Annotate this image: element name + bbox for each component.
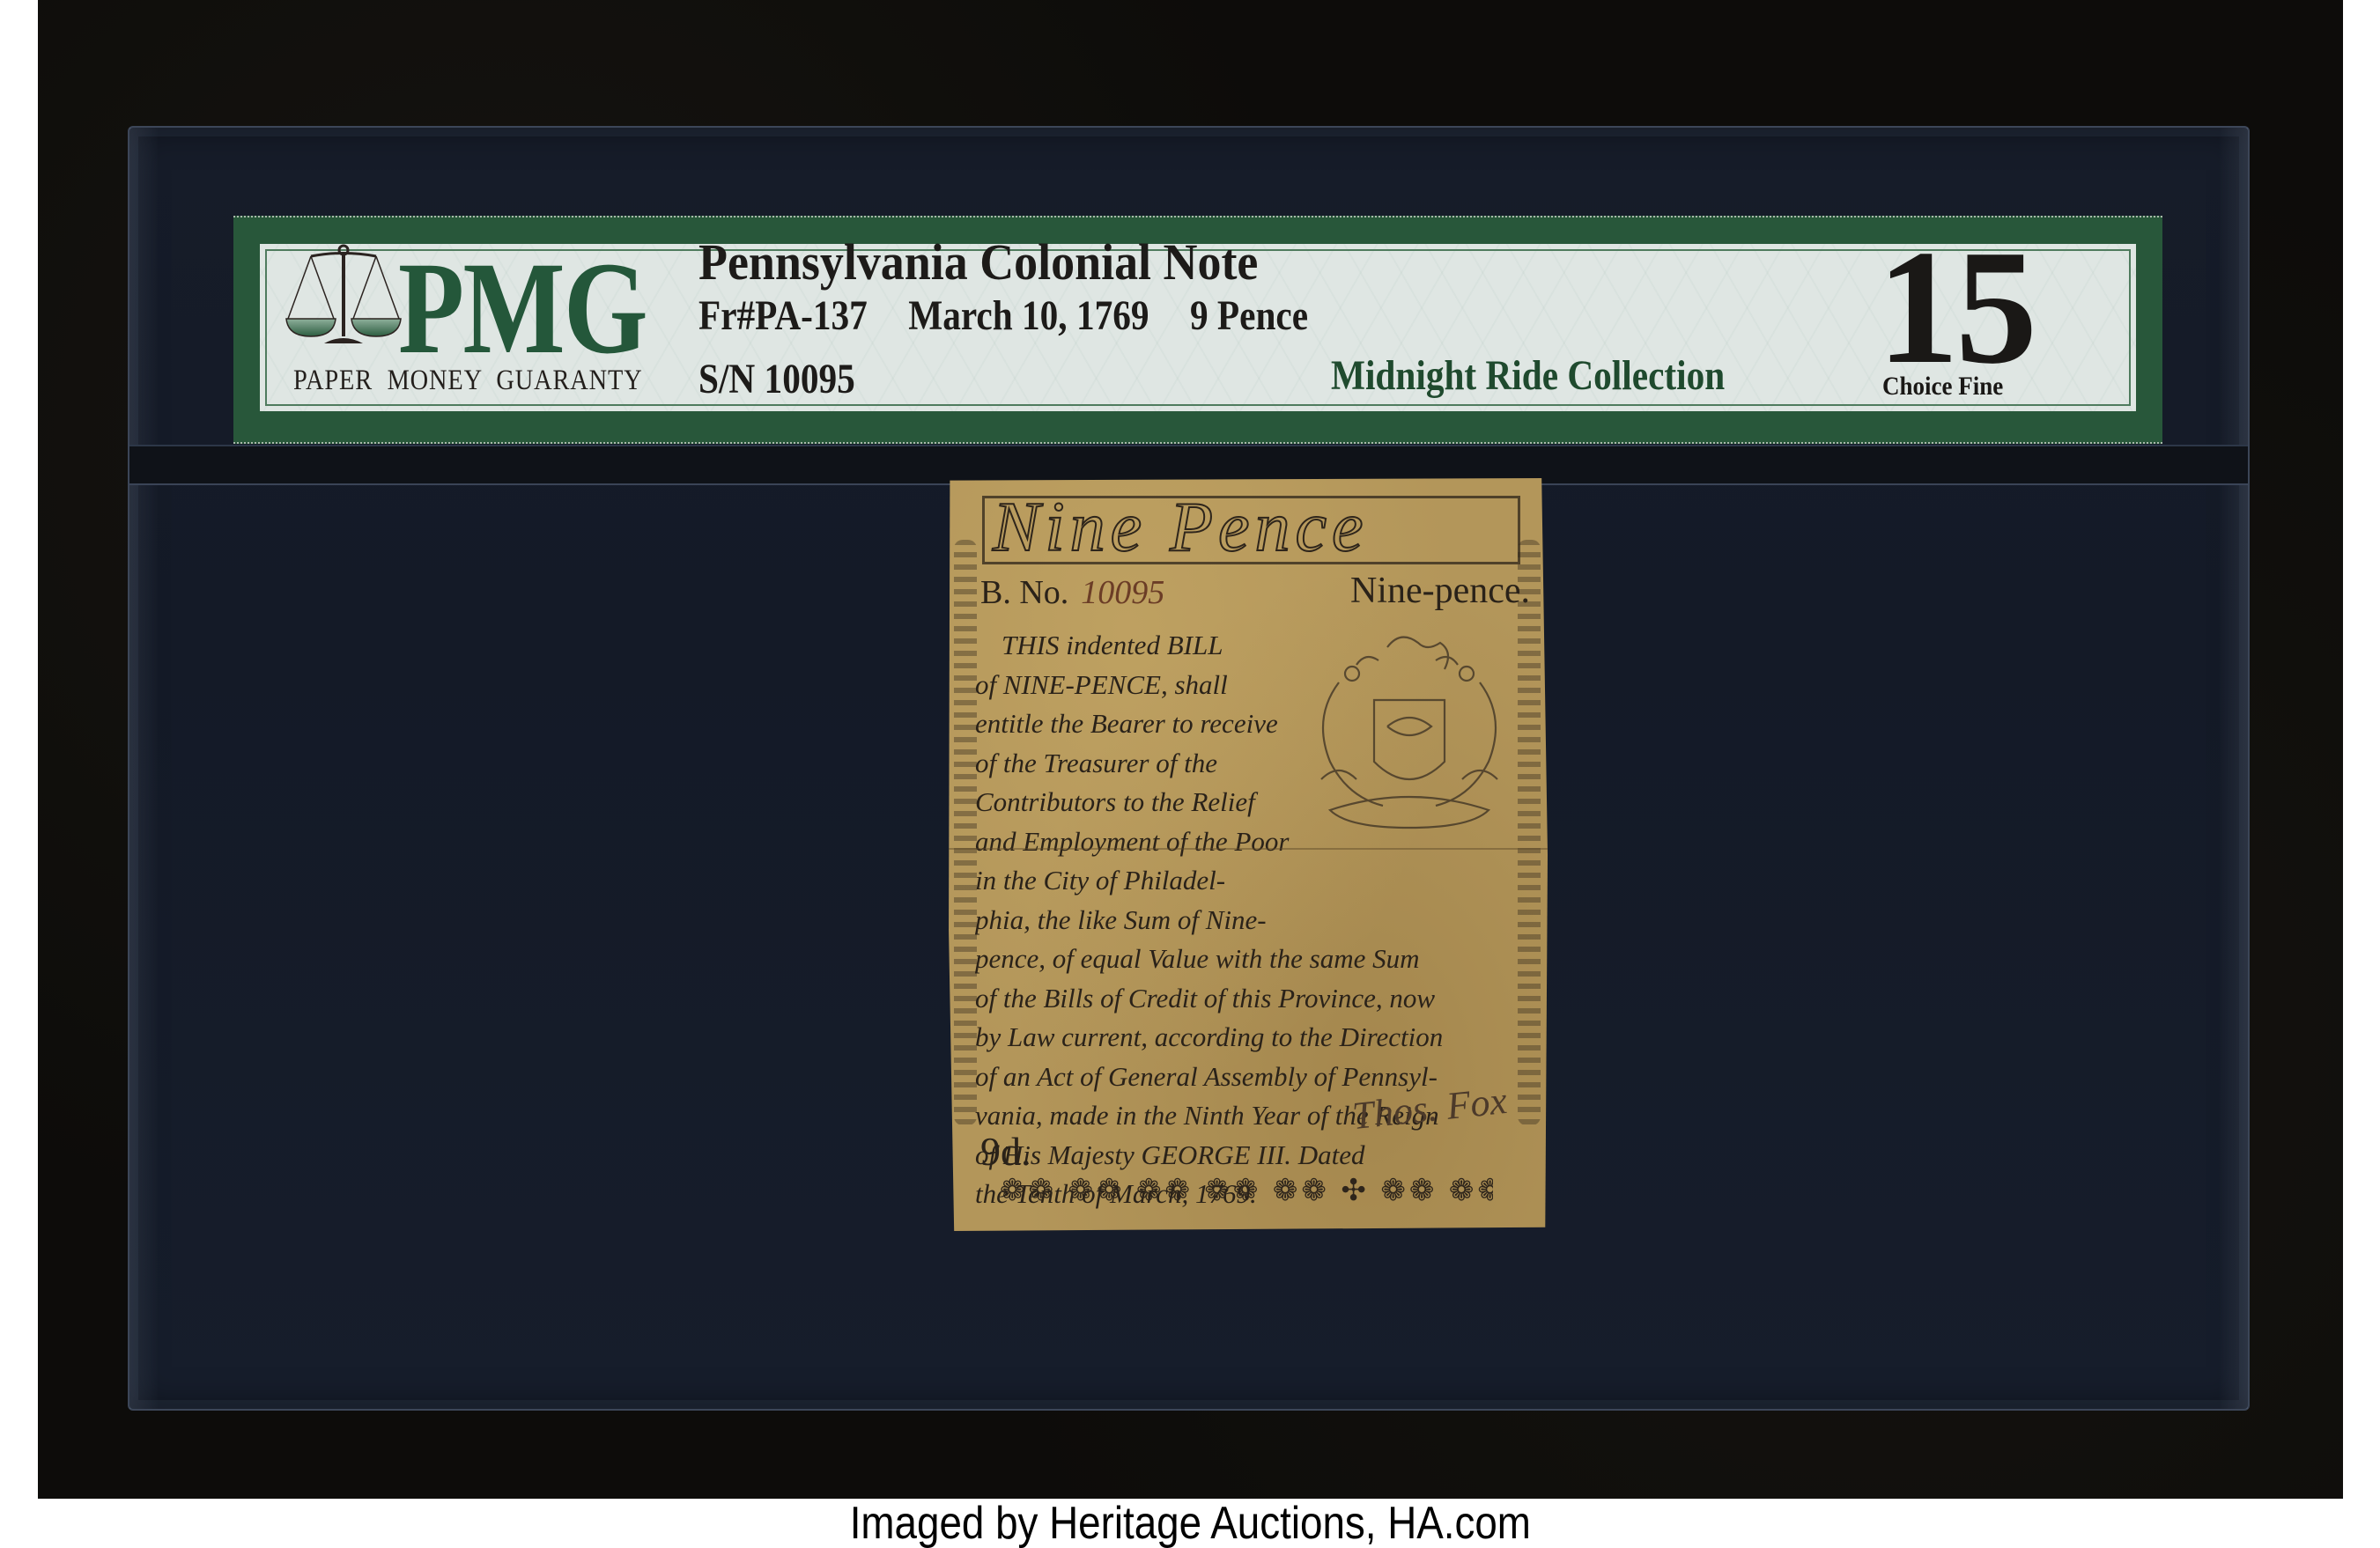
note-number-prefix: B. No. — [980, 574, 1068, 611]
grade-number: 15 — [1877, 228, 2034, 387]
holder-right-rail — [2220, 128, 2248, 1409]
holder-left-rail — [129, 128, 158, 1409]
issue-date: March 10, 1769 — [908, 292, 1149, 339]
pedigree-collection: Midnight Ride Collection — [1331, 350, 1725, 402]
colonial-banknote: Nine Pence B. No.10095 Nine-pence. THIS … — [947, 478, 1548, 1231]
note-value-text: Nine-pence. — [1350, 570, 1530, 612]
note-text-line: of the Treasurer of the — [975, 744, 1314, 784]
note-text-line: Contributors to the Relief — [975, 783, 1314, 822]
note-text-line: of His Majesty GEORGE III. Dated — [975, 1136, 1539, 1176]
label-field: PMG PAPER MONEY GUARANTY Pennsylvania Co… — [260, 244, 2136, 411]
note-left-border-ornament — [954, 540, 977, 1125]
note-number-line: B. No.10095 — [980, 573, 1164, 612]
note-text-line: entitle the Bearer to receive — [975, 704, 1314, 744]
note-ornament-border-icon: ❁❁ ❁❁ ❁❁ ❁❁ ❁❁ ✣ ❁❁ ❁❁ ❁❁ ❁❁ — [1000, 1176, 1493, 1207]
caption-text: Imaged by Heritage Auctions, HA.com — [849, 1499, 1530, 1548]
catalog-number: Fr#PA-137 — [698, 292, 868, 339]
note-fold-line — [947, 848, 1548, 850]
holder-pocket-seam — [129, 445, 2248, 485]
note-text-line: THIS indented BILL — [975, 626, 1341, 666]
image-credit-caption: Imaged by Heritage Auctions, HA.com — [0, 1499, 2380, 1548]
note-text-line: and Employment of the Poor — [975, 822, 1314, 862]
note-handwritten-number: 10095 — [1081, 574, 1164, 611]
note-denomination-mark: 9d. — [980, 1128, 1031, 1175]
note-text-line: of NINE-PENCE, shall — [975, 666, 1314, 705]
pmg-logo: PMG — [398, 242, 647, 374]
serial-number: S/N 10095 — [698, 353, 855, 406]
scales-of-justice-icon — [285, 241, 403, 347]
note-title: Pennsylvania Colonial Note — [698, 232, 1258, 293]
denomination: 9 Pence — [1190, 292, 1308, 339]
note-text-line: pence, of equal Value with the same Sum — [975, 940, 1539, 979]
note-text-line: of the Bills of Credit of this Province,… — [975, 979, 1539, 1019]
note-heading: Nine Pence — [993, 490, 1368, 564]
grade-description: Choice Fine — [1882, 372, 2003, 402]
note-text-line: phia, the like Sum of Nine- — [975, 901, 1314, 940]
note-details: Fr#PA-137March 10, 17699 Pence — [698, 290, 1349, 343]
pmg-tagline: PAPER MONEY GUARANTY — [293, 365, 643, 396]
grading-label: PMG PAPER MONEY GUARANTY Pennsylvania Co… — [233, 216, 2162, 444]
note-text-line: by Law current, according to the Directi… — [975, 1018, 1539, 1058]
note-text-line: in the City of Philadel- — [975, 861, 1314, 901]
